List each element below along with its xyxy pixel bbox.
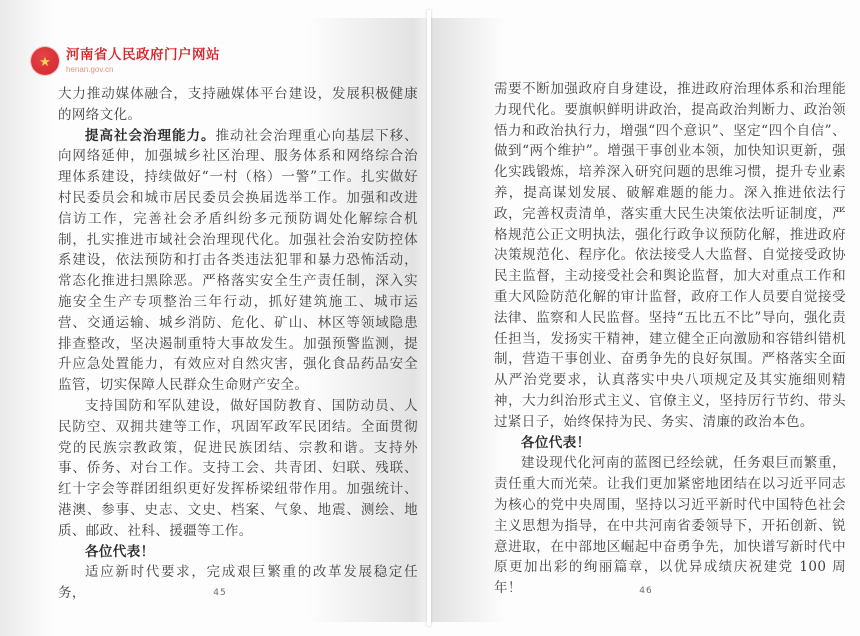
paragraph: 提高社会治理能力。推动社会治理重心向基层下移、向网络延伸，加强城乡社区治理、服务…: [58, 126, 418, 396]
paragraph: 建设现代化河南的蓝图已经绘就，任务艰巨而繁重，责任重大而光荣。让我们更加紧密地团…: [494, 453, 846, 599]
paragraph-lead-bold: 各位代表！: [85, 544, 155, 560]
national-emblem-icon: ★: [31, 47, 59, 75]
right-page: 需要不断加强政府自身建设，推进政府治理体系和治理能力现代化。要旗帜鲜明讲政治，提…: [494, 79, 846, 599]
right-page-number: 46: [466, 586, 826, 596]
left-page-number: 45: [40, 588, 400, 598]
site-identity: 河南省人民政府门户网站 henan.gov.cn: [66, 47, 220, 75]
paragraph-heading: 各位代表！: [58, 542, 418, 563]
paragraph-text: 需要不断加强政府自身建设，推进政府治理体系和治理能力现代化。要旗帜鲜明讲政治，提…: [494, 81, 846, 430]
paragraph-text: 建设现代化河南的蓝图已经绘就，任务艰巨而繁重，责任重大而光荣。让我们更加紧密地团…: [494, 455, 846, 596]
paragraph-text: 推动社会治理重心向基层下移、向网络延伸，加强城乡社区治理、服务体系和网络综合治理…: [58, 128, 418, 394]
site-url: henan.gov.cn: [66, 65, 220, 75]
paragraph-lead-bold: 提高社会治理能力。: [85, 128, 216, 144]
paragraph: 需要不断加强政府自身建设，推进政府治理体系和治理能力现代化。要旗帜鲜明讲政治，提…: [494, 79, 846, 433]
paragraph-text: 大力推动媒体融合，支持融媒体平台建设，发展积极健康的网络文化。: [58, 86, 418, 123]
page-edge-shadow: [0, 0, 52, 636]
paragraph: 大力推动媒体融合，支持融媒体平台建设，发展积极健康的网络文化。: [58, 84, 418, 126]
site-header: ★ 河南省人民政府门户网站 henan.gov.cn: [31, 47, 220, 75]
paragraph: 支持国防和军队建设，做好国防教育、国防动员、人民防空、双拥共建等工作，巩固军政军…: [58, 396, 418, 542]
paragraph-lead-bold: 各位代表！: [521, 435, 591, 451]
left-page: 大力推动媒体融合，支持融媒体平台建设，发展积极健康的网络文化。 提高社会治理能力…: [58, 84, 418, 604]
emblem-star-icon: ★: [39, 55, 51, 68]
site-title: 河南省人民政府门户网站: [66, 47, 220, 63]
paragraph-text: 支持国防和军队建设，做好国防教育、国防动员、人民防空、双拥共建等工作，巩固军政军…: [58, 398, 418, 539]
paragraph-heading: 各位代表！: [494, 433, 846, 454]
